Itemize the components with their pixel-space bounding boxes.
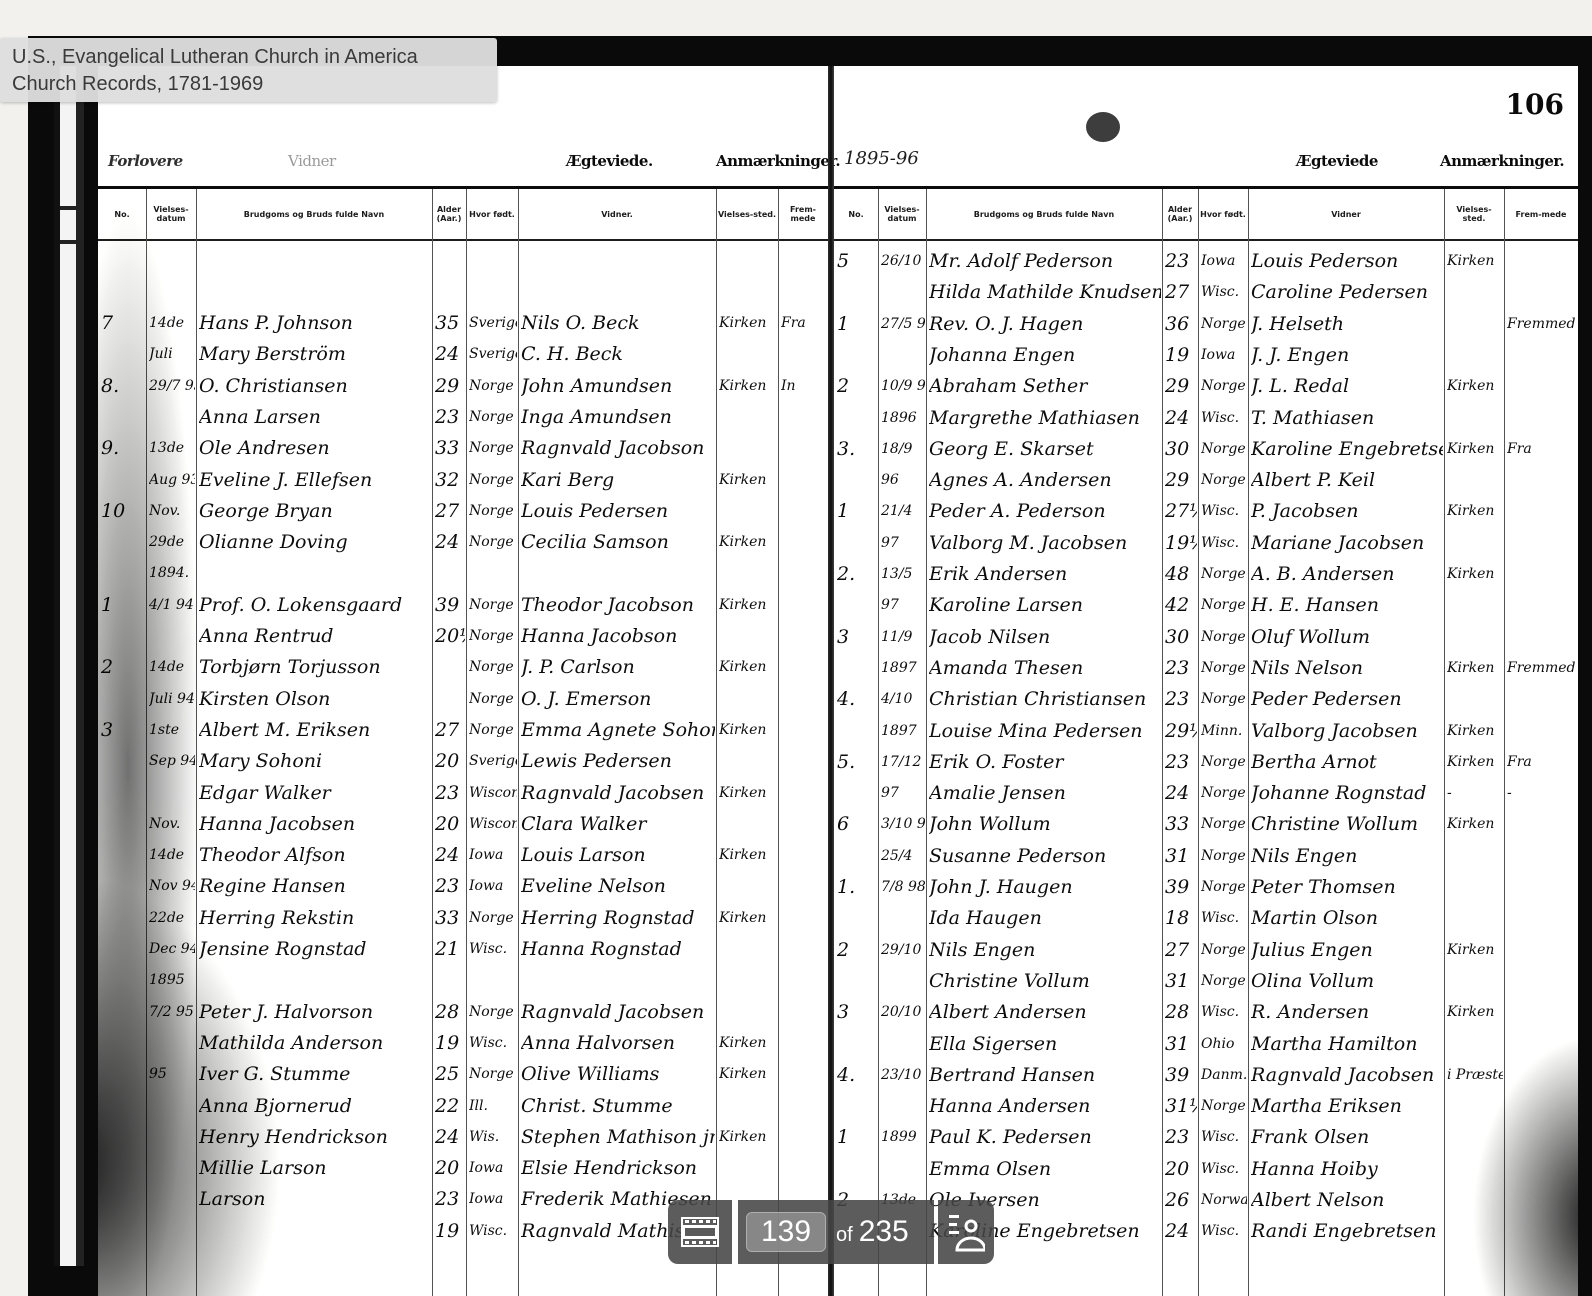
cell-witness: Nils Nelson (1251, 653, 1443, 684)
cell-born (469, 965, 517, 996)
cell-age: 36 (1165, 309, 1197, 340)
cell-witness: Mariane Jacobsen (1251, 528, 1443, 559)
cell-born: Wisc. (1201, 1122, 1247, 1153)
cell-born: Sverige (469, 308, 517, 339)
column-rule (146, 189, 147, 1296)
cell-born: Wisc. (1201, 403, 1247, 434)
cell-age: 20 (435, 746, 465, 777)
cell-note (781, 715, 827, 746)
cell-witness: Emma Agnete Sohoni (521, 715, 715, 746)
column-rule (1198, 189, 1199, 1296)
cell-place (719, 1153, 777, 1184)
cell-note (781, 809, 827, 840)
cell-age: 24 (435, 339, 465, 370)
cell-place (1447, 1091, 1503, 1122)
cell-born: Wisc. (1201, 1216, 1247, 1247)
ledger-row: 97Amalie Jensen24NorgeJohanne Rognstad-- (834, 778, 1578, 809)
cell-note (1507, 1060, 1577, 1091)
cell-born: Norway (1201, 1185, 1247, 1216)
cell-witness: Peter Thomsen (1251, 872, 1443, 903)
cell-age: 31½ (1165, 1091, 1197, 1122)
cell-no (837, 1029, 877, 1060)
column-header-place: Vielses-sted. (716, 189, 778, 241)
cell-born: Wisc. (469, 934, 517, 965)
cell-born: Norge (1201, 653, 1247, 684)
ledger-row: 4.23/10 98Bertrand Hansen39Danm.Ragnvald… (834, 1060, 1578, 1091)
cell-note (781, 934, 827, 965)
cell-date: 11/9 (881, 622, 925, 653)
cell-note (781, 746, 827, 777)
cell-age: 20 (1165, 1154, 1197, 1185)
cell-note (781, 590, 827, 621)
cell-name: Albert Andersen (929, 997, 1161, 1028)
cell-note (1507, 1216, 1577, 1247)
cell-place (1447, 903, 1503, 934)
cell-no (101, 1184, 145, 1215)
cell-born: Norge (1201, 434, 1247, 465)
ledger-row: 5.17/12Erik O. Foster23NorgeBertha Arnot… (834, 747, 1578, 778)
collection-title-line1: U.S., Evangelical Lutheran Church in Ame… (12, 44, 485, 71)
cell-date: 97 (881, 528, 925, 559)
cell-no: 7 (101, 308, 145, 339)
cell-date (881, 903, 925, 934)
cell-no (101, 1122, 145, 1153)
cell-date (149, 1028, 195, 1059)
cell-no: 8. (101, 371, 145, 402)
cell-note (1507, 465, 1577, 496)
cell-born: Wisconsin (469, 809, 517, 840)
cell-age: 35 (435, 308, 465, 339)
cell-no: 3 (837, 997, 877, 1028)
cell-note (781, 558, 827, 589)
cell-name: Nils Engen (929, 935, 1161, 966)
column-rule (1444, 189, 1445, 1296)
cell-no: 3 (837, 622, 877, 653)
cell-witness: Caroline Pedersen (1251, 277, 1443, 308)
cell-date: 4/10 (881, 684, 925, 715)
cell-witness: Albert Nelson (1251, 1185, 1443, 1216)
cell-date: 13/5 (881, 559, 925, 590)
cell-note (1507, 935, 1577, 966)
cell-note (781, 527, 827, 558)
cell-witness: T. Mathiasen (1251, 403, 1443, 434)
cell-born: Norge (1201, 747, 1247, 778)
cell-date: 97 (881, 778, 925, 809)
cell-witness: Theodor Jacobson (521, 590, 715, 621)
cell-born: Wisc. (1201, 903, 1247, 934)
cell-age: 23 (435, 871, 465, 902)
cell-place (719, 402, 777, 433)
column-rule (1504, 189, 1505, 1296)
cell-no (101, 871, 145, 902)
right-page: 106 1895-96 Ægteviede Anmærkninger. No.V… (834, 66, 1578, 1296)
ledger-row: 1896Margrethe Mathiasen24Wisc.T. Mathias… (834, 403, 1578, 434)
cell-date: 17/12 (881, 747, 925, 778)
cell-name: Peder A. Pederson (929, 496, 1161, 527)
column-header-age: Alder (Aar.) (432, 189, 466, 241)
cell-age: 22 (435, 1091, 465, 1122)
cell-born: Norge (1201, 684, 1247, 715)
left-header-aegteviede: Ægteviede. (566, 152, 653, 170)
cell-age: 28 (435, 997, 465, 1028)
cell-place: Kirken (1447, 716, 1503, 747)
ledger-row: 14deTheodor Alfson24IowaLouis LarsonKirk… (98, 840, 828, 871)
ledger-row: Johanna Engen19IowaJ. J. Engen (834, 340, 1578, 371)
cell-name: Edgar Walker (199, 778, 431, 809)
cell-witness: Julius Engen (1251, 935, 1443, 966)
ledger-row: 1897Amanda Thesen23NorgeNils NelsonKirke… (834, 653, 1578, 684)
cell-age: 19 (435, 1028, 465, 1059)
cell-witness: Eveline Nelson (521, 871, 715, 902)
cell-place (1447, 277, 1503, 308)
cell-age: 24 (435, 527, 465, 558)
cell-date: 25/4 (881, 841, 925, 872)
cell-place (1447, 872, 1503, 903)
cell-note (1507, 622, 1577, 653)
ledger-scan: Forlovere Vidner Ægteviede. Anmærkninger… (98, 66, 1578, 1296)
cell-name: Valborg M. Jacobsen (929, 528, 1161, 559)
cell-date (149, 621, 195, 652)
cell-date: Nov. (149, 496, 195, 527)
cell-name: Henry Hendrickson (199, 1122, 431, 1153)
cell-date: 22de (149, 903, 195, 934)
cell-no: 5 (837, 246, 877, 277)
cell-born: Norge (469, 715, 517, 746)
cell-place: Kirken (1447, 559, 1503, 590)
cell-witness: J. Helseth (1251, 309, 1443, 340)
cell-name (199, 965, 431, 996)
cell-no (837, 778, 877, 809)
cell-note (1507, 809, 1577, 840)
cell-witness: H. E. Hansen (1251, 590, 1443, 621)
ledger-row: 96Agnes A. Andersen29NorgeAlbert P. Keil (834, 465, 1578, 496)
cell-date (149, 402, 195, 433)
ledger-row: 714deHans P. Johnson35SverigeNils O. Bec… (98, 308, 828, 339)
cell-note (1507, 559, 1577, 590)
right-column-headers: No.Vielses-datumBrudgoms og Bruds fulde … (834, 189, 1578, 241)
cell-note (1507, 403, 1577, 434)
cell-no: 2 (837, 371, 877, 402)
cell-born: Wisc. (1201, 1154, 1247, 1185)
cell-age: 23 (1165, 246, 1197, 277)
cell-note: Fra (1507, 434, 1577, 465)
cell-name: Theodor Alfson (199, 840, 431, 871)
cell-no (101, 1028, 145, 1059)
cell-age: 21 (435, 934, 465, 965)
cell-witness: Olina Vollum (1251, 966, 1443, 997)
cell-place: Kirken (1447, 935, 1503, 966)
column-rule (778, 189, 779, 1296)
cell-place (719, 558, 777, 589)
cell-name: Mary Berström (199, 339, 431, 370)
cell-no (101, 527, 145, 558)
cell-date: Nov. (149, 809, 195, 840)
cell-no (837, 403, 877, 434)
cell-no (101, 934, 145, 965)
cell-age: 19 (1165, 340, 1197, 371)
cell-witness: Karoline Engebretsen (1251, 434, 1443, 465)
ledger-row: Sep 94Mary Sohoni20SverigeLewis Pedersen (98, 746, 828, 777)
cell-place (719, 684, 777, 715)
cell-place: Kirken (1447, 246, 1503, 277)
cell-born: Norge (1201, 966, 1247, 997)
cell-age: 29 (1165, 371, 1197, 402)
cell-born: Minn. (1201, 716, 1247, 747)
ledger-row: 25/4Susanne Pederson31NorgeNils Engen (834, 841, 1578, 872)
ledger-row: Hilda Mathilde Knudsen27Wisc.Caroline Pe… (834, 277, 1578, 308)
cell-born: Wisc. (469, 1216, 517, 1247)
cell-place: Kirken (719, 465, 777, 496)
cell-place: i Præstegaarden (1447, 1060, 1503, 1091)
cell-note (1507, 872, 1577, 903)
cell-place (1447, 1029, 1503, 1060)
cell-no (101, 558, 145, 589)
cell-age: 28 (1165, 997, 1197, 1028)
column-rule (716, 189, 717, 1296)
cell-born: Wisc. (1201, 997, 1247, 1028)
cell-note (1507, 246, 1577, 277)
cell-born: Norge (469, 465, 517, 496)
cell-place (719, 809, 777, 840)
index-panel-button[interactable] (938, 1200, 994, 1264)
cell-witness: Christine Wollum (1251, 809, 1443, 840)
cell-note (781, 339, 827, 370)
cell-name: Emma Olsen (929, 1154, 1161, 1185)
cell-name: Jacob Nilsen (929, 622, 1161, 653)
cell-name: Larson (199, 1184, 431, 1215)
cell-no: 4. (837, 684, 877, 715)
ledger-row: 11899Paul K. Pedersen23Wisc.Frank Olsen (834, 1122, 1578, 1153)
cell-name: Olianne Doving (199, 527, 431, 558)
cell-born: Norge (1201, 809, 1247, 840)
cell-witness: C. H. Beck (521, 339, 715, 370)
ledger-row: 31steAlbert M. Eriksen27NorgeEmma Agnete… (98, 715, 828, 746)
cell-place: Kirken (719, 1122, 777, 1153)
cell-witness: Christ. Stumme (521, 1091, 715, 1122)
ledger-row: Anna Rentrud20½NorgeHanna Jacobson (98, 621, 828, 652)
cell-no (837, 903, 877, 934)
cell-name: Eveline J. Ellefsen (199, 465, 431, 496)
cell-name: Erik O. Foster (929, 747, 1161, 778)
cell-age: 25 (435, 1059, 465, 1090)
column-header-date: Vielses-datum (146, 189, 196, 241)
cell-name: Albert M. Eriksen (199, 715, 431, 746)
cell-place (719, 496, 777, 527)
cell-witness: A. B. Andersen (1251, 559, 1443, 590)
cell-place: Kirken (719, 903, 777, 934)
cell-age: 20 (435, 1153, 465, 1184)
cell-name: Torbjørn Torjusson (199, 652, 431, 683)
cell-born: Iowa (1201, 340, 1247, 371)
cell-witness: Nils O. Beck (521, 308, 715, 339)
cell-date: 1899 (881, 1122, 925, 1153)
cell-age: 27 (1165, 277, 1197, 308)
cell-place: Kirken (1447, 434, 1503, 465)
cell-date: 14de (149, 652, 195, 683)
ledger-row: Mathilda Anderson19Wisc.Anna HalvorsenKi… (98, 1028, 828, 1059)
cell-no (837, 716, 877, 747)
right-header-aegteviede: Ægteviede (1296, 152, 1378, 170)
cell-no (101, 997, 145, 1028)
cell-born: Norge (1201, 872, 1247, 903)
cell-name: Mr. Adolf Pederson (929, 246, 1161, 277)
cell-date: 20/10 98 (881, 997, 925, 1028)
cell-date (149, 1184, 195, 1215)
ledger-row: 95Iver G. Stumme25NorgeOlive WilliamsKir… (98, 1059, 828, 1090)
cell-name: Karoline Larsen (929, 590, 1161, 621)
cell-born: Wisc. (469, 1028, 517, 1059)
cell-witness: Hanna Rognstad (521, 934, 715, 965)
cell-born (469, 558, 517, 589)
column-header-born: Hvor født. (1198, 189, 1248, 241)
cell-no: 4. (837, 1060, 877, 1091)
cell-date: 26/10 95 (881, 246, 925, 277)
cell-witness: Hanna Hoiby (1251, 1154, 1443, 1185)
ledger-row: 97Valborg M. Jacobsen19½Wisc.Mariane Jac… (834, 528, 1578, 559)
image-number-input[interactable] (746, 1212, 826, 1252)
cell-place: - (1447, 778, 1503, 809)
cell-born: Wisconsin (469, 778, 517, 809)
cell-note: Fra (1507, 747, 1577, 778)
cell-date: 4/1 94 (149, 590, 195, 621)
cell-name: Ella Sigersen (929, 1029, 1161, 1060)
cell-age: 31 (1165, 1029, 1197, 1060)
book-spine (828, 66, 834, 1296)
cell-witness: Ragnvald Jacobsen (521, 778, 715, 809)
cell-born: Norge (469, 371, 517, 402)
cell-date: 97 (881, 590, 925, 621)
cell-place (1447, 309, 1503, 340)
cell-witness: Nils Engen (1251, 841, 1443, 872)
cell-place (1447, 622, 1503, 653)
cell-place (1447, 1185, 1503, 1216)
cell-age: 31 (1165, 841, 1197, 872)
cell-no (101, 840, 145, 871)
cell-date: 7/2 95 (149, 997, 195, 1028)
cell-place: Kirken (1447, 809, 1503, 840)
cell-note (781, 1028, 827, 1059)
cell-no: 5. (837, 747, 877, 778)
cell-age: 33 (1165, 809, 1197, 840)
cell-born: Norge (1201, 465, 1247, 496)
cell-date: 7/8 98 (881, 872, 925, 903)
cell-born: Norge (1201, 559, 1247, 590)
cell-age: 29½ (1165, 716, 1197, 747)
filmstrip-icon (681, 1217, 719, 1247)
cell-no (101, 965, 145, 996)
cell-note: Fremmed (1507, 309, 1577, 340)
column-rule (1248, 189, 1249, 1296)
cell-age: 24 (435, 840, 465, 871)
cell-date: 18/9 (881, 434, 925, 465)
ledger-row: 63/10 96John Wollum33NorgeChristine Woll… (834, 809, 1578, 840)
cell-age: 19½ (1165, 528, 1197, 559)
cell-date: 3/10 96 (881, 809, 925, 840)
cell-born: Iowa (469, 840, 517, 871)
cell-date: 13de (149, 433, 195, 464)
cell-name: John Wollum (929, 809, 1161, 840)
cell-witness: Herring Rognstad (521, 903, 715, 934)
cell-note (1507, 684, 1577, 715)
record-image-viewer[interactable]: Forlovere Vidner Ægteviede. Anmærkninger… (28, 36, 1592, 1296)
column-header-witness: Vidner (1248, 189, 1444, 241)
cell-name (199, 558, 431, 589)
cell-name: Margrethe Mathiasen (929, 403, 1161, 434)
cell-born: Iowa (469, 1184, 517, 1215)
cell-note (781, 965, 827, 996)
cell-note (781, 840, 827, 871)
cell-no: 10 (101, 496, 145, 527)
left-header-forlovere: Forlovere (108, 152, 183, 170)
ledger-row: Christine Vollum31NorgeOlina Vollum (834, 966, 1578, 997)
cell-witness: Clara Walker (521, 809, 715, 840)
cell-place (1447, 340, 1503, 371)
cell-born: Norge (469, 903, 517, 934)
cell-date (881, 277, 925, 308)
cell-no (837, 1154, 877, 1185)
cell-note (781, 1122, 827, 1153)
cell-name: Regine Hansen (199, 871, 431, 902)
cell-date: Sep 94 (149, 746, 195, 777)
ledger-row: 7/2 95Peter J. Halvorson28NorgeRagnvald … (98, 997, 828, 1028)
cell-name: Hans P. Johnson (199, 308, 431, 339)
column-header-name: Brudgoms og Bruds fulde Navn (196, 189, 432, 241)
cell-date (149, 1122, 195, 1153)
collection-title-tooltip: U.S., Evangelical Lutheran Church in Ame… (0, 38, 497, 102)
ledger-row: 3.18/9Georg E. Skarset30NorgeKaroline En… (834, 434, 1578, 465)
cell-date: 96 (881, 465, 925, 496)
cell-no (101, 465, 145, 496)
ledger-row: 1894. (98, 558, 828, 589)
cell-place (1447, 403, 1503, 434)
column-header-note: Frem-mede (778, 189, 828, 241)
cell-place (1447, 841, 1503, 872)
cell-date: Juli 94 (149, 684, 195, 715)
cell-age: 18 (1165, 903, 1197, 934)
cell-note (1507, 1091, 1577, 1122)
cell-witness: Randi Engebretsen (1251, 1216, 1443, 1247)
cell-witness: Martin Olson (1251, 903, 1443, 934)
cell-date: 10/9 96 (881, 371, 925, 402)
cell-date: 1ste (149, 715, 195, 746)
ledger-row: 10Nov.George Bryan27NorgeLouis Pedersen (98, 496, 828, 527)
cell-place (719, 871, 777, 902)
ledger-row: 29deOlianne Doving24NorgeCecilia SamsonK… (98, 527, 828, 558)
cell-witness: Cecilia Samson (521, 527, 715, 558)
cell-no (101, 809, 145, 840)
column-header-name: Brudgoms og Bruds fulde Navn (926, 189, 1162, 241)
cell-born: Norge (1201, 935, 1247, 966)
cell-note (1507, 716, 1577, 747)
cell-place (719, 746, 777, 777)
cell-name: Amanda Thesen (929, 653, 1161, 684)
cell-place: Kirken (719, 308, 777, 339)
cell-place: Kirken (719, 652, 777, 683)
cell-date: Nov 94 (149, 871, 195, 902)
cell-born: Danm. (1201, 1060, 1247, 1091)
cell-age: 39 (1165, 872, 1197, 903)
filmstrip-button[interactable] (668, 1200, 732, 1264)
cell-born: Sverige (469, 339, 517, 370)
cell-note: In (781, 371, 827, 402)
left-column-headers: No.Vielses-datumBrudgoms og Bruds fulde … (98, 189, 828, 241)
cell-name: Anna Rentrud (199, 621, 431, 652)
cell-note (1507, 528, 1577, 559)
column-rule (1162, 189, 1163, 1296)
cell-place (1447, 465, 1503, 496)
cell-date: 1895 (149, 965, 195, 996)
cell-name: Prof. O. Lokensgaard (199, 590, 431, 621)
